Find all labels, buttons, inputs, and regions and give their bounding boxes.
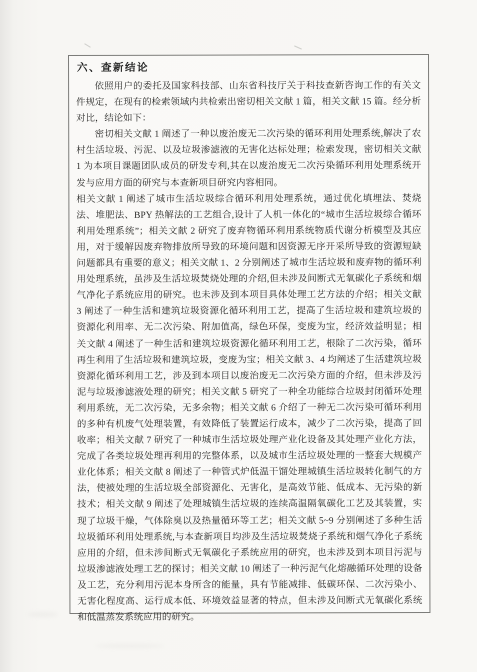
section-title: 六、查新结论 <box>77 61 421 76</box>
scan-smudge <box>95 644 165 648</box>
scan-artifact-mark <box>84 43 90 48</box>
scanned-page: 六、查新结论 依照用户的委托及国家科技部、山东省科技厅关于科技查新咨询工作的有关… <box>0 0 477 672</box>
scan-smudge <box>28 612 58 617</box>
novelty-conclusion-table-cell: 六、查新结论 依照用户的委托及国家科技部、山东省科技厅关于科技查新咨询工作的有关… <box>68 54 430 614</box>
paragraph-search-basis: 依照用户的委托及国家科技部、山东省科技厅关于科技查新咨询工作的有关文件规定，在现… <box>76 78 421 127</box>
paragraph-closely-related-literature: 密切相关文献 1 阐述了一种以废治废无二次污染的循环利用处理系统,解决了农村生活… <box>76 126 421 191</box>
paragraph-related-literature-analysis: 相关文献 1 阐述了城市生活垃圾综合循环利用处理系统，通过优化填埋法、焚烧法、堆… <box>76 191 422 626</box>
scan-artifact-mark <box>294 45 302 49</box>
